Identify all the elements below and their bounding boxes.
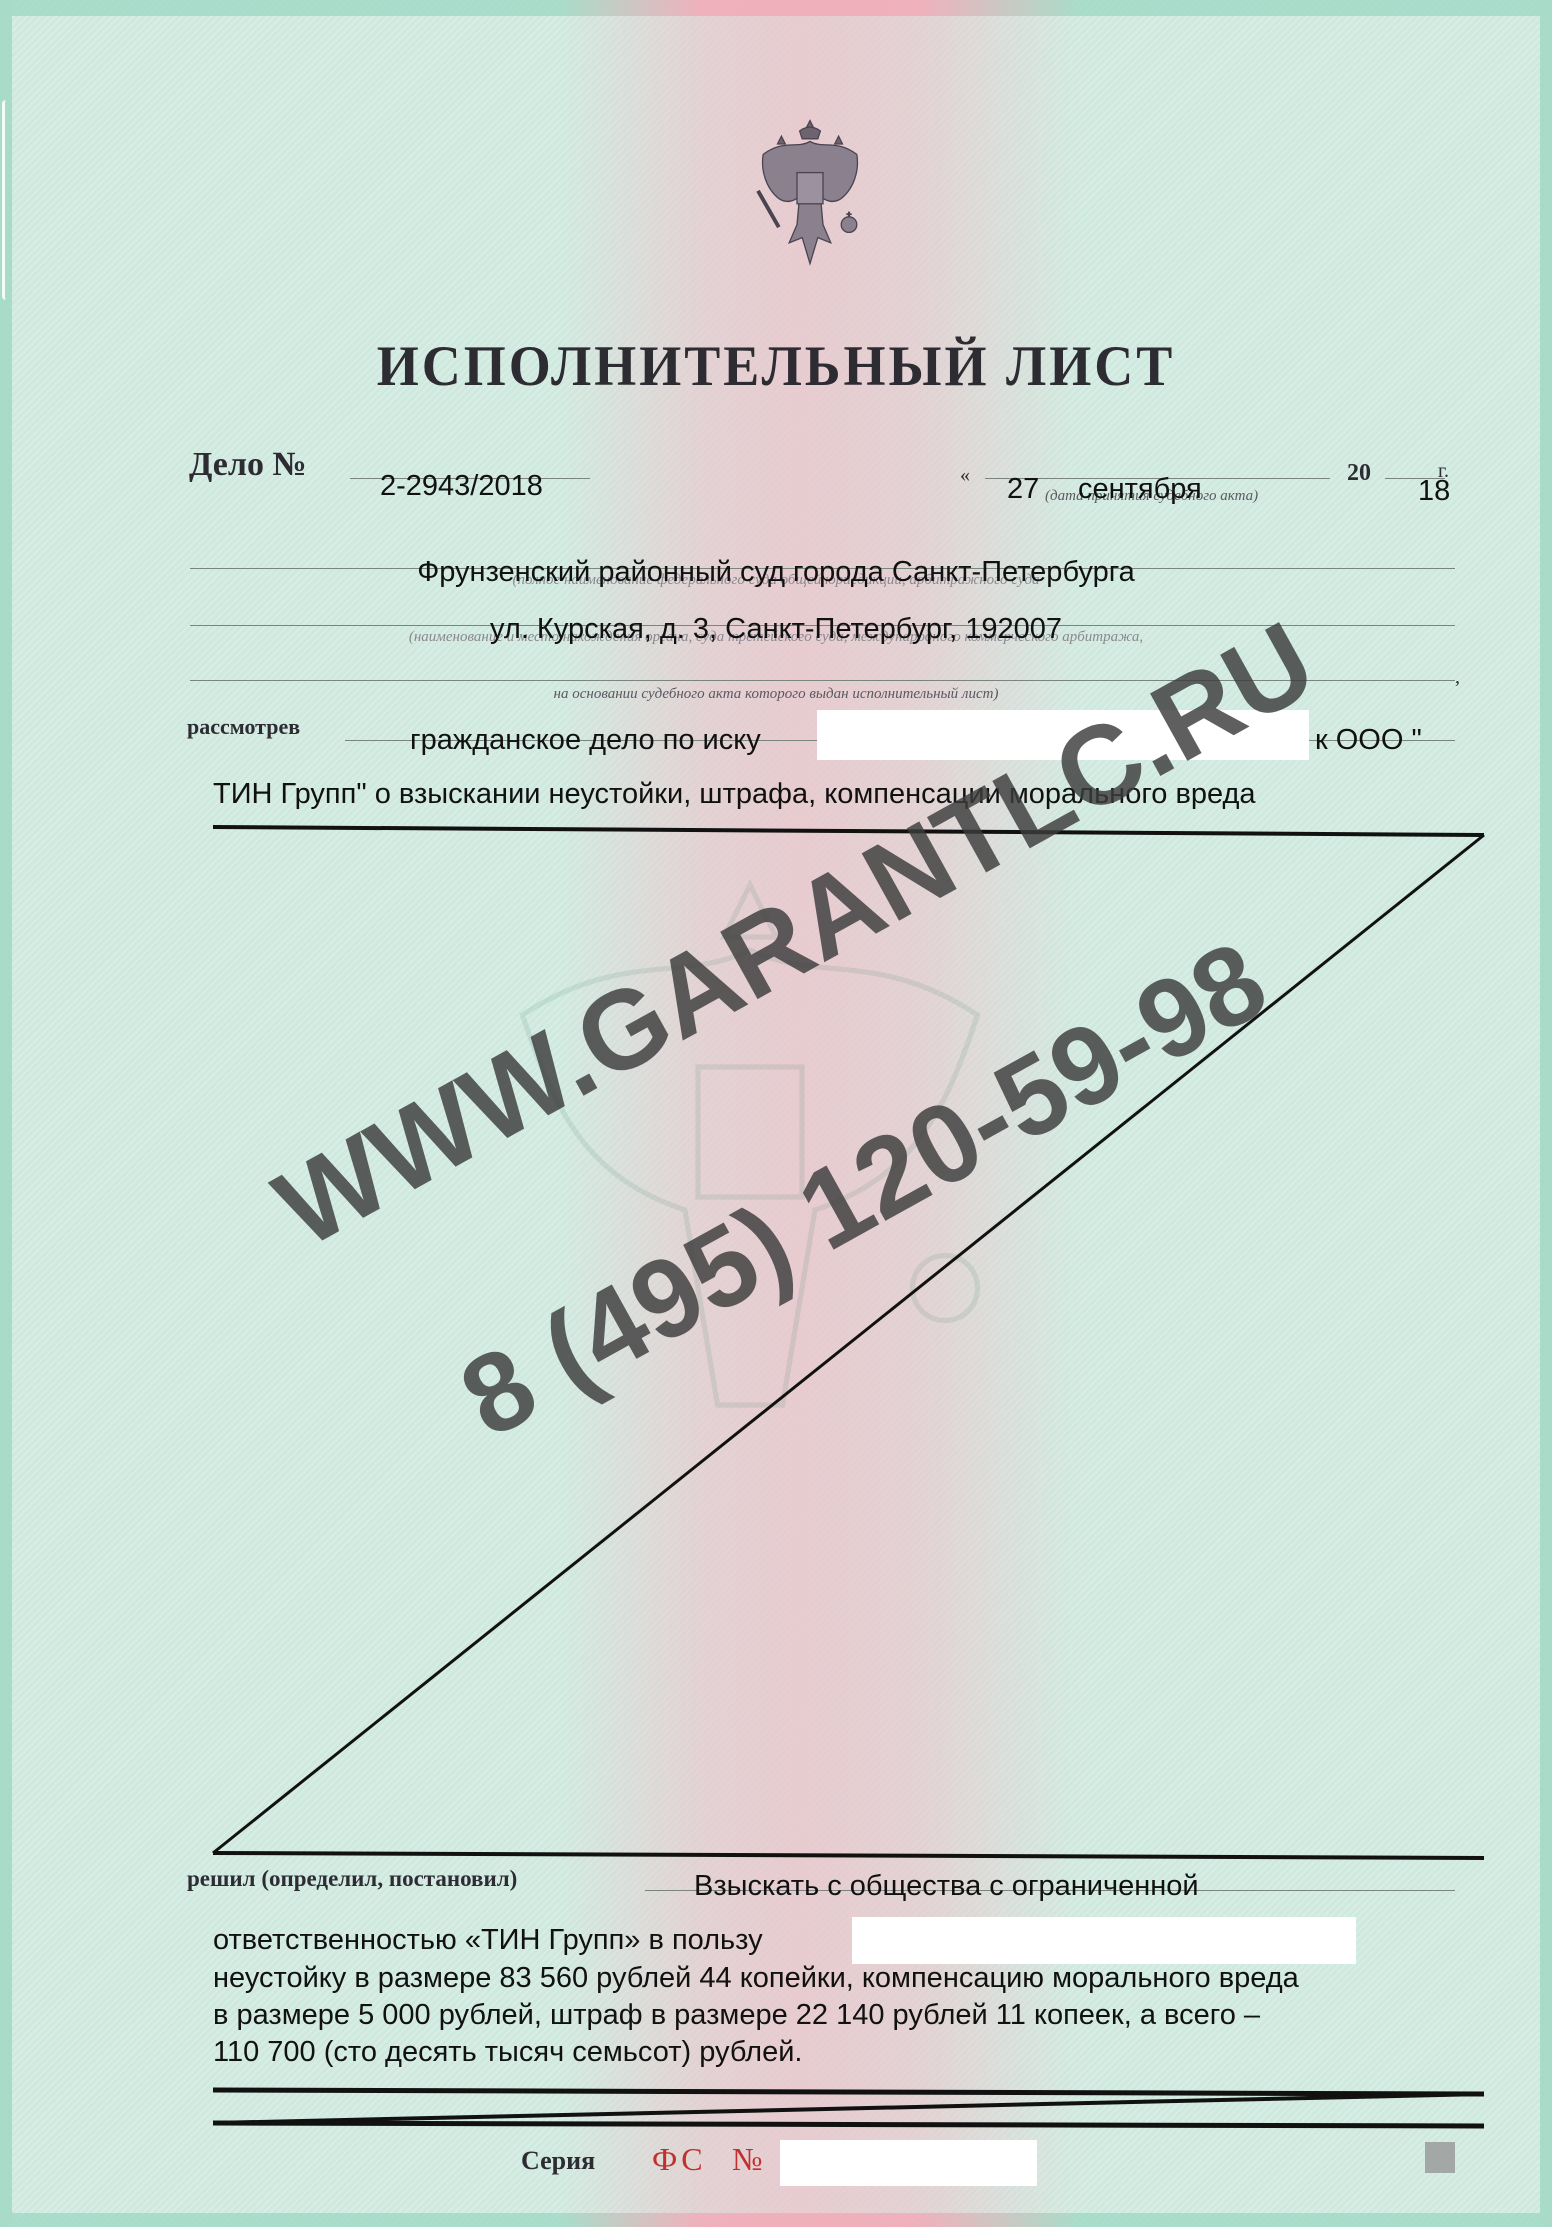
- court-name: Фрунзенский районный суд города Санкт-Пе…: [0, 556, 1552, 589]
- series-number-redaction: [780, 2140, 1037, 2186]
- decided-line-4: в размере 5 000 рублей, штраф в размере …: [213, 1999, 1260, 2032]
- case-number-value: 2-2943/2018: [380, 470, 543, 503]
- series-label: Серия: [521, 2146, 595, 2176]
- decided-line-5: 110 700 (сто десять тысяч семьсот) рубле…: [213, 2036, 802, 2069]
- date-month: сентября: [1078, 473, 1202, 506]
- decided-label: решил (определил, постановил): [187, 1866, 517, 1892]
- series-code: ФС: [652, 2141, 707, 2178]
- document-title: ИСПОЛНИТЕЛЬНЫЙ ЛИСТ: [0, 333, 1552, 398]
- border-top: [0, 0, 1552, 16]
- date-day: 27: [1007, 473, 1039, 506]
- document-page: ИСПОЛНИТЕЛЬНЫЙ ЛИСТ Дело № 2-2943/2018 «…: [0, 0, 1552, 2227]
- border-bottom: [0, 2213, 1552, 2227]
- considered-text: гражданское дело по иску: [410, 724, 761, 757]
- decided-line-1: Взыскать с общества с ограниченной: [694, 1870, 1199, 1903]
- court-trailing-comma: ,: [1455, 666, 1460, 689]
- beneficiary-redaction: [852, 1917, 1356, 1964]
- case-number-label: Дело №: [189, 446, 307, 484]
- date-year-prefix: 20: [1347, 460, 1371, 487]
- court-address: ул. Курская, д. 3, Санкт-Петербург, 1920…: [0, 613, 1552, 646]
- considered-label: рассмотрев: [187, 714, 300, 740]
- series-number-sign: №: [732, 2141, 763, 2178]
- binding-stitch: [2, 100, 13, 300]
- gray-marker-square: [1425, 2142, 1455, 2173]
- date-year-abbrev: г.: [1438, 460, 1449, 483]
- date-open-quote: «: [960, 464, 970, 487]
- decided-line-2: ответственностью «ТИН Групп» в пользу: [213, 1924, 763, 1957]
- considered-defendant-start: к ООО ": [1315, 724, 1422, 757]
- coat-of-arms-icon: [745, 118, 875, 274]
- decided-line-3: неустойку в размере 83 560 рублей 44 коп…: [213, 1962, 1299, 1995]
